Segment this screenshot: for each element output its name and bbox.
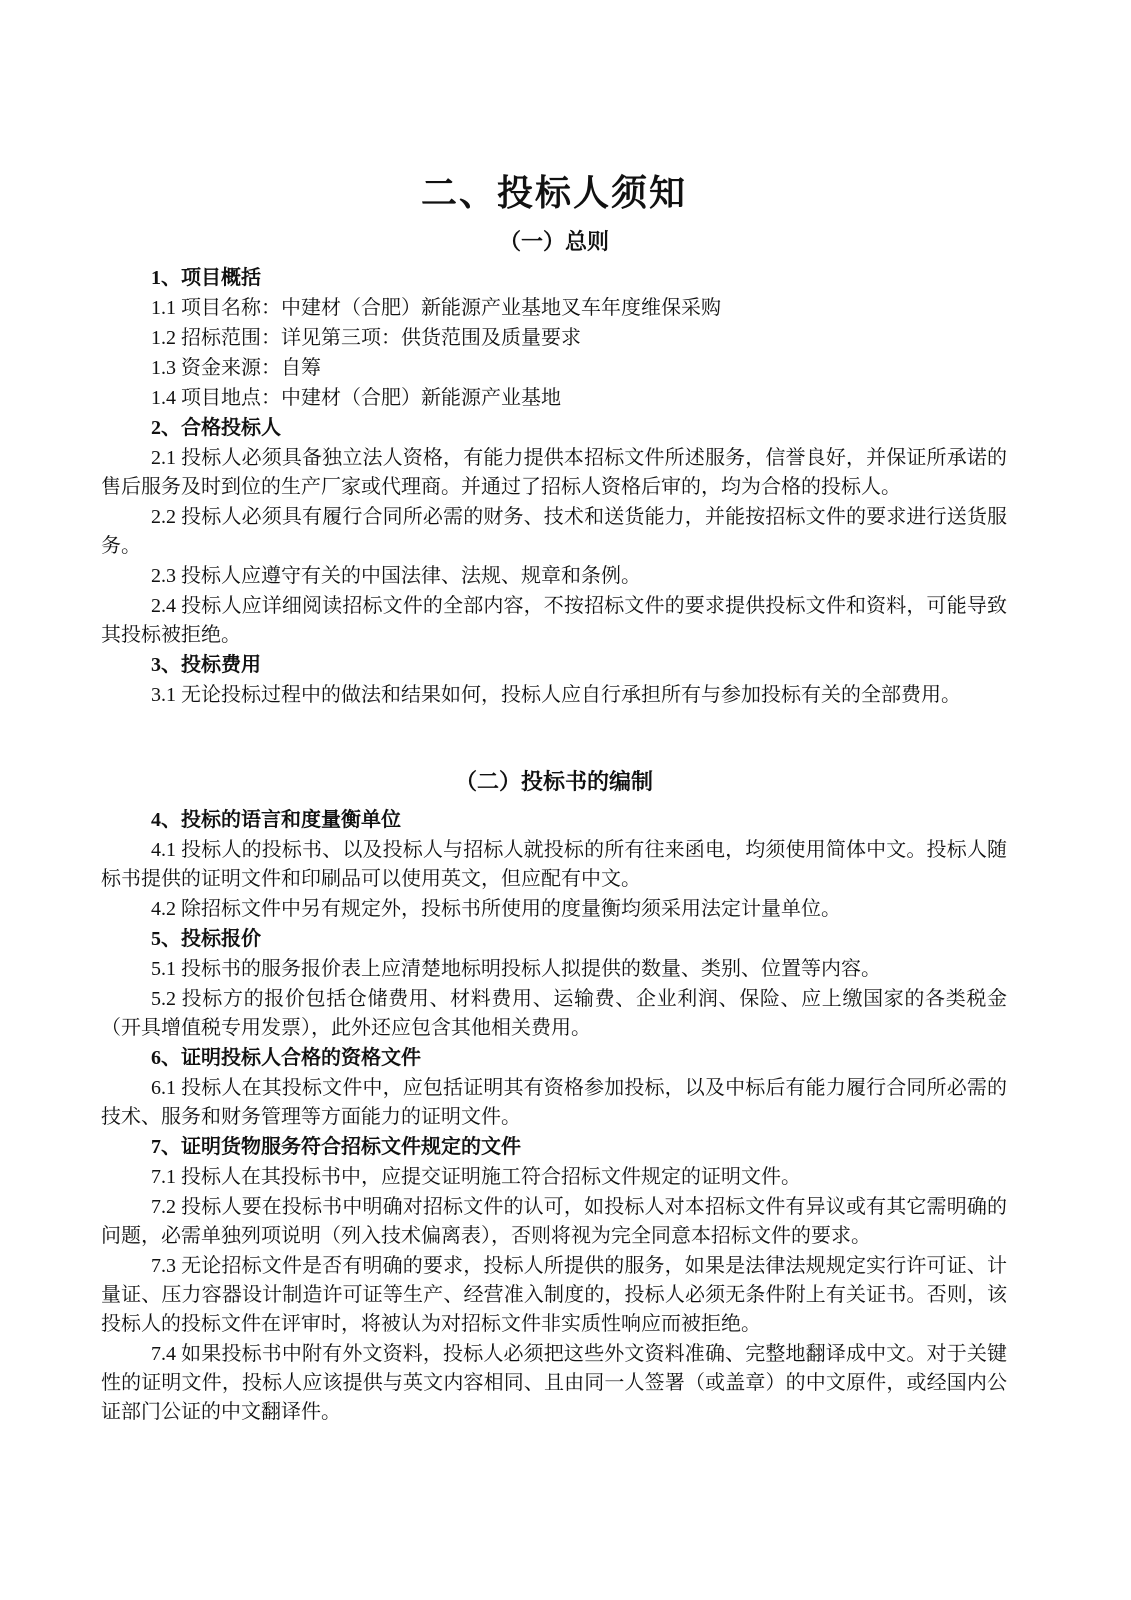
paragraph-7-2: 7.2 投标人要在投标书中明确对招标文件的认可，如投标人对本招标文件有异议或有其… — [101, 1193, 1007, 1251]
paragraph-funding-source: 1.3 资金来源：自筹 — [101, 354, 1007, 383]
paragraph-4-2: 4.2 除招标文件中另有规定外，投标书所使用的度量衡均须采用法定计量单位。 — [101, 895, 1007, 924]
paragraph-4-1: 4.1 投标人的投标书、以及投标人与招标人就投标的所有往来函电，均须使用简体中文… — [101, 836, 1007, 894]
subheading-bid-price: 5、投标报价 — [101, 925, 1007, 954]
paragraph-2-4: 2.4 投标人应详细阅读招标文件的全部内容，不按招标文件的要求提供投标文件和资料… — [101, 592, 1007, 650]
paragraph-2-2: 2.2 投标人必须具有履行合同所必需的财务、技术和送货能力，并能按招标文件的要求… — [101, 503, 1007, 561]
section-bid-preparation: （二）投标书的编制 4、投标的语言和度量衡单位 4.1 投标人的投标书、以及投标… — [101, 768, 1007, 1427]
subheading-conformity-documents: 7、证明货物服务符合招标文件规定的文件 — [101, 1133, 1007, 1162]
paragraph-2-1: 2.1 投标人必须具备独立法人资格，有能力提供本招标文件所述服务，信誉良好，并保… — [101, 444, 1007, 502]
subheading-bid-costs: 3、投标费用 — [101, 651, 1007, 680]
section-1-heading: （一）总则 — [101, 228, 1007, 256]
paragraph-7-4: 7.4 如果投标书中附有外文资料，投标人必须把这些外文资料准确、完整地翻译成中文… — [101, 1340, 1007, 1427]
section-2-heading: （二）投标书的编制 — [101, 768, 1007, 796]
page-title: 二、投标人须知 — [101, 170, 1007, 216]
section-general-rules: （一）总则 1、项目概括 1.1 项目名称：中建材（合肥）新能源产业基地叉车年度… — [101, 228, 1007, 710]
paragraph-5-2: 5.2 投标方的报价包括仓储费用、材料费用、运输费、企业利润、保险、应上缴国家的… — [101, 985, 1007, 1043]
subheading-qualified-bidders: 2、合格投标人 — [101, 414, 1007, 443]
document-page: 二、投标人须知 （一）总则 1、项目概括 1.1 项目名称：中建材（合肥）新能源… — [0, 0, 1131, 1600]
paragraph-7-3: 7.3 无论招标文件是否有明确的要求，投标人所提供的服务，如果是法律法规规定实行… — [101, 1252, 1007, 1339]
subheading-project-overview: 1、项目概括 — [101, 264, 1007, 293]
paragraph-5-1: 5.1 投标书的服务报价表上应清楚地标明投标人拟提供的数量、类别、位置等内容。 — [101, 955, 1007, 984]
paragraph-2-3: 2.3 投标人应遵守有关的中国法律、法规、规章和条例。 — [101, 562, 1007, 591]
subheading-qualification-documents: 6、证明投标人合格的资格文件 — [101, 1044, 1007, 1073]
paragraph-project-name: 1.1 项目名称：中建材（合肥）新能源产业基地叉车年度维保采购 — [101, 294, 1007, 323]
paragraph-3-1: 3.1 无论投标过程中的做法和结果如何，投标人应自行承担所有与参加投标有关的全部… — [101, 681, 1007, 710]
subheading-language-units: 4、投标的语言和度量衡单位 — [101, 806, 1007, 835]
paragraph-bid-scope: 1.2 招标范围：详见第三项：供货范围及质量要求 — [101, 324, 1007, 353]
paragraph-project-location: 1.4 项目地点：中建材（合肥）新能源产业基地 — [101, 384, 1007, 413]
paragraph-7-1: 7.1 投标人在其投标书中，应提交证明施工符合招标文件规定的证明文件。 — [101, 1163, 1007, 1192]
paragraph-6-1: 6.1 投标人在其投标文件中，应包括证明其有资格参加投标，以及中标后有能力履行合… — [101, 1074, 1007, 1132]
